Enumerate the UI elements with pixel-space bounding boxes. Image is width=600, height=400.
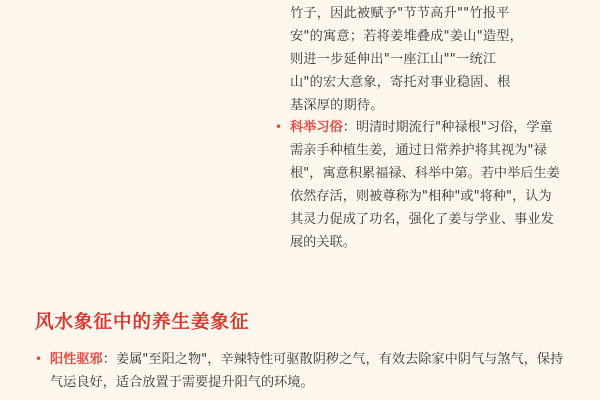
article-page: 竹子，因此被赋予"节节高升""竹报平 安"的寓意；若将姜堆叠成"姜山"造型， 则… — [0, 0, 600, 400]
text-line: 基深厚的期待。 — [290, 94, 570, 117]
bullet-icon: • — [275, 116, 290, 254]
list-item-body: 科举习俗：明清时期流行"种禄根"习俗，学童需亲手种植生姜，通过日常养护将其视为"… — [290, 116, 562, 254]
keyword: 科举习俗 — [290, 120, 343, 135]
text-line: 则进一步延伸出"一座江山""一统江 — [290, 48, 570, 71]
text-line: 安"的寓意；若将姜堆叠成"姜山"造型， — [290, 25, 570, 48]
separator: ： — [343, 120, 356, 135]
item-text: 姜属"至阳之物"，辛辣特性可驱散阴秽之气，有效去除家中阴气与煞气，保持气运良好，… — [50, 352, 563, 390]
separator: ： — [103, 352, 116, 367]
list-item-keju: • 科举习俗：明清时期流行"种禄根"习俗，学童需亲手种植生姜，通过日常养护将其视… — [275, 116, 575, 254]
section-heading: 风水象征中的养生姜象征 — [35, 308, 250, 334]
list-item-body: 阳性驱邪：姜属"至阳之物"，辛辣特性可驱散阴秽之气，有效去除家中阴气与煞气，保持… — [50, 348, 565, 394]
keyword: 阳性驱邪 — [50, 352, 103, 367]
continued-paragraph: 竹子，因此被赋予"节节高升""竹报平 安"的寓意；若将姜堆叠成"姜山"造型， 则… — [290, 2, 570, 117]
list-item-yangxing: • 阳性驱邪：姜属"至阳之物"，辛辣特性可驱散阴秽之气，有效去除家中阴气与煞气，… — [35, 348, 575, 394]
text-line: 山"的宏大意象，寄托对事业稳固、根 — [290, 71, 570, 94]
bullet-icon: • — [35, 348, 50, 394]
text-line: 竹子，因此被赋予"节节高升""竹报平 — [290, 2, 570, 25]
item-text: 明清时期流行"种禄根"习俗，学童需亲手种植生姜，通过日常养护将其视为"禄根"，寓… — [290, 120, 560, 250]
